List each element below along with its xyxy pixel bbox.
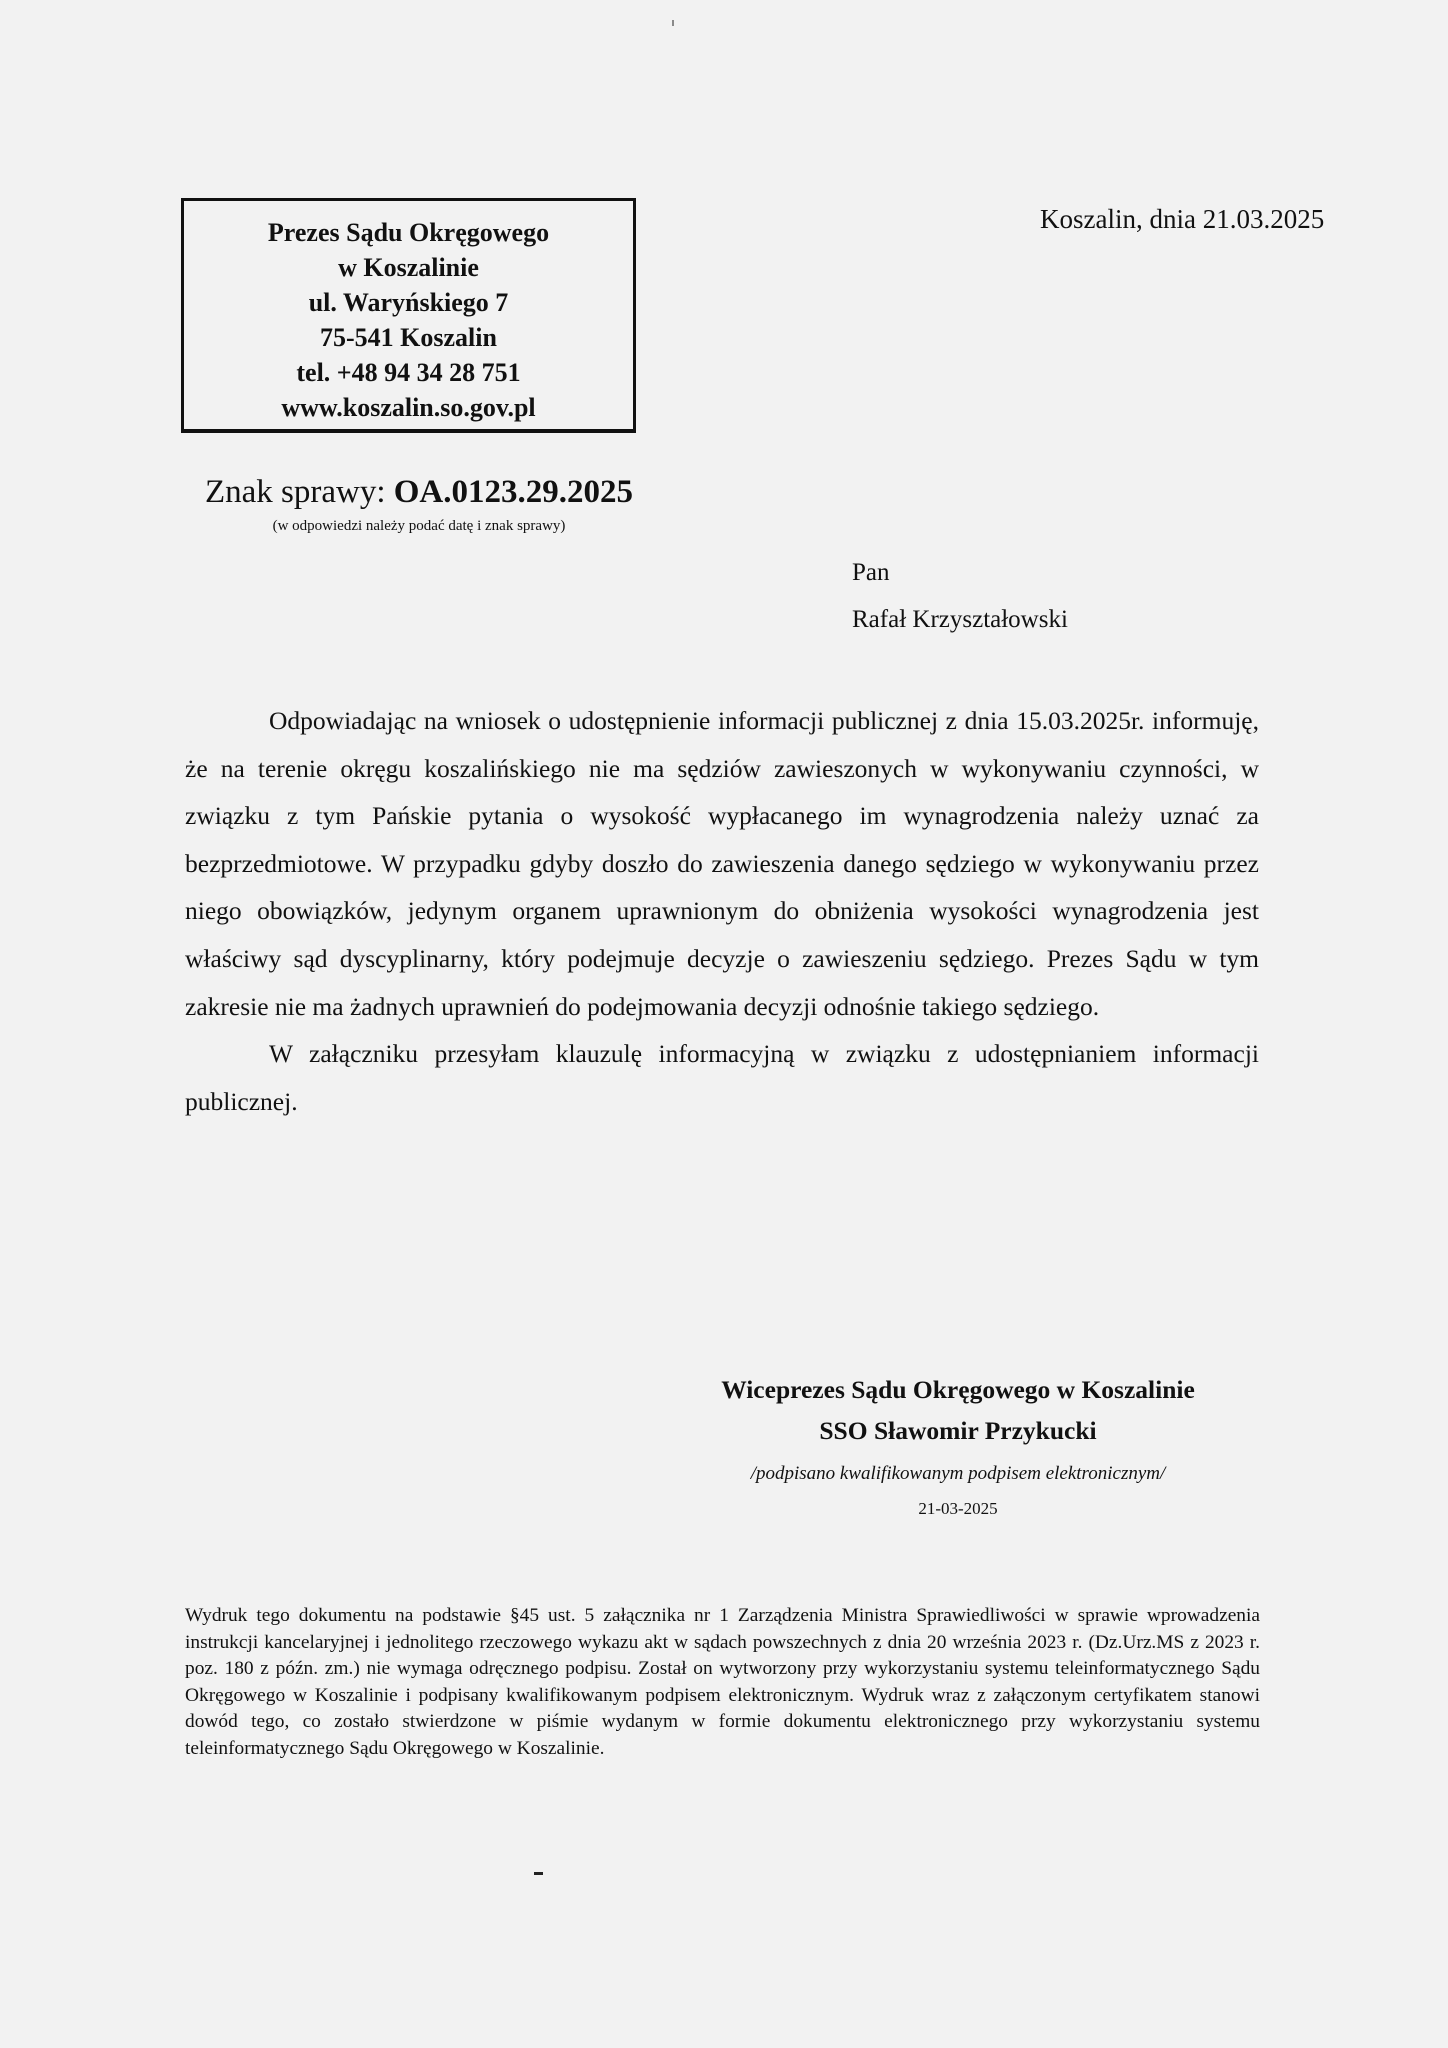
case-reference-note: (w odpowiedzi należy podać datę i znak s… [203, 518, 635, 535]
body-paragraph: W załączniku przesyłam klauzulę informac… [185, 1030, 1259, 1125]
scan-mark [672, 20, 674, 26]
letterhead-box: Prezes Sądu Okręgowego w Koszalinie ul. … [181, 198, 636, 433]
case-reference: Znak sprawy: OA.0123.29.2025 [203, 474, 635, 511]
signature-block: Wiceprezes Sądu Okręgowego w Koszalinie … [660, 1372, 1256, 1524]
signature-title: Wiceprezes Sądu Okręgowego w Koszalinie [660, 1372, 1256, 1408]
document-date: Koszalin, dnia 21.03.2025 [1040, 204, 1324, 235]
signature-name: SSO Sławomir Przykucki [660, 1408, 1256, 1454]
recipient-name: Rafał Krzyształowski [852, 596, 1068, 643]
letterhead-line-postal: 75-541 Koszalin [184, 320, 633, 355]
case-reference-label: Znak sprawy: [205, 474, 394, 510]
electronic-signature-notice: Wydruk tego dokumentu na podstawie §45 u… [185, 1603, 1260, 1763]
signature-note: /podpisano kwalifikowanym podpisem elekt… [660, 1454, 1256, 1494]
letterhead-line-website: www.koszalin.so.gov.pl [184, 390, 633, 425]
body-paragraph: Odpowiadając na wniosek o udostępnienie … [185, 697, 1259, 1030]
letter-body: Odpowiadając na wniosek o udostępnienie … [185, 697, 1259, 1125]
scan-mark [534, 1872, 543, 1875]
letterhead-line-street: ul. Waryńskiego 7 [184, 285, 633, 320]
letterhead-line-phone: tel. +48 94 34 28 751 [184, 355, 633, 390]
recipient-salutation: Pan [852, 549, 1068, 596]
letterhead-line-city: w Koszalinie [184, 250, 633, 285]
recipient-block: Pan Rafał Krzyształowski [852, 549, 1068, 643]
letterhead-lines: Prezes Sądu Okręgowego w Koszalinie ul. … [184, 215, 633, 425]
case-reference-code: OA.0123.29.2025 [394, 474, 633, 510]
letterhead-line-institution: Prezes Sądu Okręgowego [184, 215, 633, 250]
signature-date: 21-03-2025 [660, 1494, 1256, 1524]
